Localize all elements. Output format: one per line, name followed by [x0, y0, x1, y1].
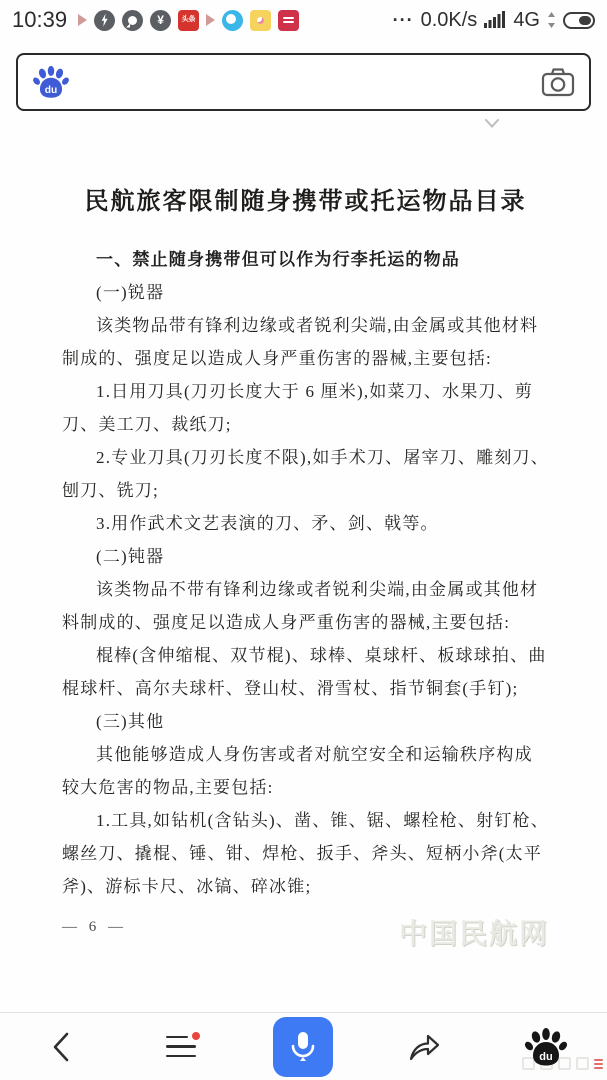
document-paragraph: 3.用作武术文艺表演的刀、矛、剑、戟等。 [62, 507, 549, 540]
wallet-yen-icon: ¥ [150, 10, 171, 31]
camera-icon[interactable] [541, 67, 575, 97]
back-chevron-icon [48, 1030, 74, 1064]
document-paragraph: 该类物品不带有锋利边缘或者锐利尖端,由金属或其他材料制成的、强度足以造成人身严重… [62, 573, 549, 639]
baidu-home-button[interactable]: du [514, 1015, 578, 1079]
screen: 10:39 ¥ 头条 ··· 0.0K/s 4G [0, 0, 607, 1080]
page-number: — 6 — [62, 911, 127, 944]
document-image: 民航旅客限制随身携带或托运物品目录 一、禁止随身携带但可以作为行李托运的物品 (… [0, 135, 607, 944]
document-paragraph: 2.专业刀具(刀刃长度不限),如手术刀、屠宰刀、雕刻刀、刨刀、铣刀; [62, 441, 549, 507]
document-paragraph: (一)锐器 [62, 276, 549, 309]
more-notifications-icon: ··· [393, 10, 414, 31]
news-red-icon [278, 10, 299, 31]
search-bar[interactable]: du [16, 53, 591, 111]
document-paragraph: (二)钝器 [62, 540, 549, 573]
battery-icon [563, 12, 595, 29]
toutiao-badge-icon: 头条 [178, 10, 199, 31]
play-arrow-icon [78, 14, 87, 26]
microphone-icon [289, 1030, 317, 1064]
document-paragraph: (三)其他 [62, 705, 549, 738]
browser-blue-icon [222, 10, 243, 31]
updown-arrows-icon [547, 12, 556, 28]
play-arrow-icon [206, 14, 215, 26]
notification-dot [192, 1032, 200, 1040]
document-paragraph: 棍棒(含伸缩棍、双节棍)、球棒、桌球杆、板球球拍、曲棍球杆、高尔夫球杆、登山杖、… [62, 639, 549, 705]
document-paragraph: 该类物品带有锋利边缘或者锐利尖端,由金属或其他材料制成的、强度足以造成人身严重伤… [62, 309, 549, 375]
document-paragraph: 1.工具,如钻机(含钻头)、凿、锥、锯、螺栓枪、射钉枪、螺丝刀、撬棍、锤、钳、焊… [62, 804, 549, 903]
bottom-toolbar: du [0, 1012, 607, 1080]
document-footer: — 6 — 中国民航网 [62, 911, 549, 944]
voice-search-button[interactable] [273, 1017, 333, 1077]
baidu-paw-icon: du [524, 1027, 568, 1067]
svg-text:du: du [45, 85, 57, 96]
chevron-down-icon[interactable] [485, 119, 499, 128]
menu-button[interactable] [151, 1015, 215, 1079]
signal-bars-icon [484, 11, 506, 29]
clock: 10:39 [12, 7, 67, 33]
network-speed: 0.0K/s [421, 9, 478, 32]
network-type: 4G [513, 9, 540, 32]
share-button[interactable] [392, 1015, 456, 1079]
baidu-logo-icon: du [32, 65, 70, 99]
back-button[interactable] [29, 1015, 93, 1079]
svg-text:du: du [539, 1051, 552, 1063]
security-shield-icon [94, 10, 115, 31]
site-watermark: 中国民航网 [399, 917, 549, 950]
document-paragraph: 其他能够造成人身伤害或者对航空安全和运输秩序构成较大危害的物品,主要包括: [62, 738, 549, 804]
menu-lines-icon [166, 1034, 200, 1060]
document-paragraph: 1.日用刀具(刀刃长度大于 6 厘米),如菜刀、水果刀、剪刀、美工刀、裁纸刀; [62, 375, 549, 441]
status-bar: 10:39 ¥ 头条 ··· 0.0K/s 4G [0, 0, 607, 40]
messenger-bubble-icon [122, 10, 143, 31]
document-paragraph: 一、禁止随身携带但可以作为行李托运的物品 [62, 243, 549, 276]
share-arrow-icon [407, 1032, 441, 1062]
emoji-app-icon [250, 10, 271, 31]
document-body: 一、禁止随身携带但可以作为行李托运的物品 (一)锐器 该类物品带有锋利边缘或者锐… [62, 243, 549, 903]
document-title: 民航旅客限制随身携带或托运物品目录 [62, 187, 549, 217]
